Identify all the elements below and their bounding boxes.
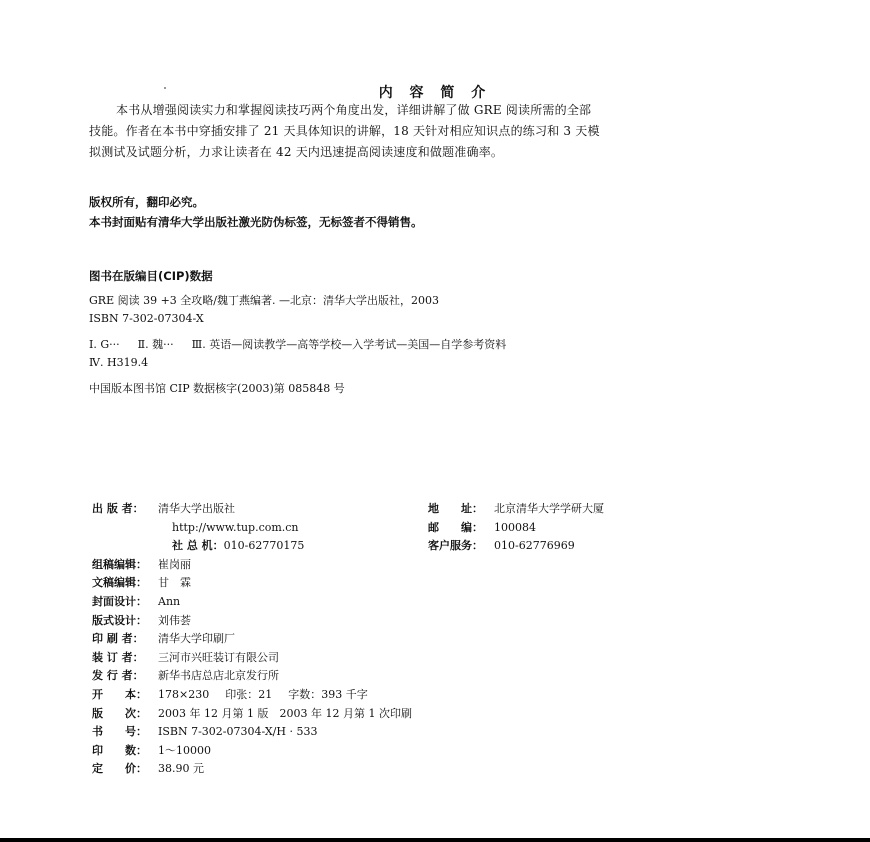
print-run-row: 印 数： 1～10000: [92, 742, 412, 761]
summary-line-1: 本书从增强阅读实力和掌握阅读技巧两个角度出发，详细讲解了做 GRE 阅读所需的全…: [89, 100, 755, 121]
service-label: 客户服务：: [428, 537, 494, 556]
text-editor-value: 甘 霖: [158, 574, 191, 593]
printer-value: 清华大学印刷厂: [158, 630, 235, 649]
text-editor-row: 文稿编辑： 甘 霖: [92, 574, 412, 593]
cip-heading: 图书在版编目(CIP)数据: [89, 268, 213, 284]
rights-reserved: 版权所有，翻印必究。: [89, 192, 423, 212]
format-row: 开 本： 178×230 印张： 21 字数： 393 千字: [92, 686, 412, 705]
binder-label: 装 订 者：: [92, 649, 158, 668]
service-row: 客户服务：010-62776969: [428, 537, 604, 556]
price-label: 定 价：: [92, 760, 158, 779]
publisher-value: 清华大学出版社: [158, 500, 235, 519]
binder-row: 装 订 者： 三河市兴旺装订有限公司: [92, 649, 412, 668]
cip-class-4: Ⅳ. H319.4: [89, 354, 524, 372]
postcode-row: 邮 编：100084: [428, 519, 604, 538]
layout-row: 版式设计： 刘伟荟: [92, 612, 412, 631]
address-label: 地 址：: [428, 500, 494, 519]
edition-value: 2003 年 12 月第 1 版 2003 年 12 月第 1 次印刷: [158, 705, 412, 724]
book-number-value: ISBN 7-302-07304-X/H · 533: [158, 723, 317, 742]
cip-class-3: Ⅲ. 英语—阅读教学—高等学校—入学考试—美国—自学参考资料: [192, 338, 507, 351]
address-value: 北京清华大学学研大厦: [494, 502, 604, 515]
postcode-value: 100084: [494, 521, 536, 534]
cover-label: 封面设计：: [92, 593, 158, 612]
switchboard-row: 社 总 机： 010-62770175: [92, 537, 412, 556]
binder-value: 三河市兴旺装订有限公司: [158, 649, 279, 668]
publisher-contact: 地 址：北京清华大学学研大厦 邮 编：100084 客户服务：010-62776…: [428, 500, 604, 556]
acq-editor-label: 组稿编辑：: [92, 556, 158, 575]
book-number-row: 书 号： ISBN 7-302-07304-X/H · 533: [92, 723, 412, 742]
print-run-label: 印 数：: [92, 742, 158, 761]
anti-counterfeit-notice: 本书封面贴有清华大学出版社激光防伪标签，无标签者不得销售。: [89, 212, 423, 232]
summary-paragraph: 本书从增强阅读实力和掌握阅读技巧两个角度出发，详细讲解了做 GRE 阅读所需的全…: [89, 100, 755, 163]
website-value: http://www.tup.com.cn: [172, 519, 299, 538]
summary-line-2: 技能。作者在本书中穿插安排了 21 天具体知识的讲解，18 天针对相应知识点的练…: [89, 121, 755, 142]
copyright-page: 内 容 简 介 本书从增强阅读实力和掌握阅读技巧两个角度出发，详细讲解了做 GR…: [0, 0, 870, 842]
website-row: http://www.tup.com.cn: [92, 519, 412, 538]
edition-label: 版 次：: [92, 705, 158, 724]
layout-label: 版式设计：: [92, 612, 158, 631]
price-row: 定 价： 38.90 元: [92, 760, 412, 779]
publication-info: 出 版 者： 清华大学出版社 http://www.tup.com.cn 社 总…: [92, 500, 412, 779]
words-value: 393 千字: [321, 686, 368, 705]
switchboard-value: 010-62770175: [224, 537, 305, 556]
book-number-label: 书 号：: [92, 723, 158, 742]
words-label: 字数：: [288, 686, 321, 705]
sheets-label: 印张：: [225, 686, 258, 705]
printer-row: 印 刷 者： 清华大学印刷厂: [92, 630, 412, 649]
summary-title: 内 容 简 介: [0, 82, 870, 102]
publisher-row: 出 版 者： 清华大学出版社: [92, 500, 412, 519]
sheets-value: 21: [258, 686, 272, 705]
format-value: 178×230: [158, 686, 209, 705]
summary-line-3: 拟测试及试题分析，力求让读者在 42 天内迅速提高阅读速度和做题准确率。: [89, 142, 755, 163]
acq-editor-row: 组稿编辑： 崔岗丽: [92, 556, 412, 575]
cip-class-2: Ⅱ. 魏···: [138, 338, 174, 351]
cip-title-line: GRE 阅读 39 +3 全攻略/魏丁燕编著. —北京：清华大学出版社，2003: [89, 292, 524, 310]
scan-edge-bar: [0, 838, 870, 842]
cip-data: GRE 阅读 39 +3 全攻略/魏丁燕编著. —北京：清华大学出版社，2003…: [89, 292, 524, 398]
layout-value: 刘伟荟: [158, 612, 191, 631]
text-editor-label: 文稿编辑：: [92, 574, 158, 593]
distributor-label: 发 行 者：: [92, 667, 158, 686]
cover-row: 封面设计： Ann: [92, 593, 412, 612]
cip-isbn: ISBN 7-302-07304-X: [89, 310, 524, 328]
cip-library-line: 中国版本图书馆 CIP 数据核字(2003)第 085848 号: [89, 380, 524, 398]
distributor-value: 新华书店总店北京发行所: [158, 667, 279, 686]
switchboard-label: 社 总 机：: [172, 537, 224, 556]
printer-label: 印 刷 者：: [92, 630, 158, 649]
format-label: 开 本：: [92, 686, 158, 705]
acq-editor-value: 崔岗丽: [158, 556, 191, 575]
cip-classification: Ⅰ. G···Ⅱ. 魏···Ⅲ. 英语—阅读教学—高等学校—入学考试—美国—自学…: [89, 336, 524, 354]
distributor-row: 发 行 者： 新华书店总店北京发行所: [92, 667, 412, 686]
price-value: 38.90 元: [158, 760, 204, 779]
publisher-label: 出 版 者：: [92, 500, 158, 519]
cover-value: Ann: [158, 593, 180, 612]
edition-row: 版 次： 2003 年 12 月第 1 版 2003 年 12 月第 1 次印刷: [92, 705, 412, 724]
postcode-label: 邮 编：: [428, 519, 494, 538]
cip-class-1: Ⅰ. G···: [89, 338, 120, 351]
print-run-value: 1～10000: [158, 742, 211, 761]
address-row: 地 址：北京清华大学学研大厦: [428, 500, 604, 519]
service-value: 010-62776969: [494, 539, 575, 552]
copyright-notice: 版权所有，翻印必究。 本书封面贴有清华大学出版社激光防伪标签，无标签者不得销售。: [89, 192, 423, 232]
